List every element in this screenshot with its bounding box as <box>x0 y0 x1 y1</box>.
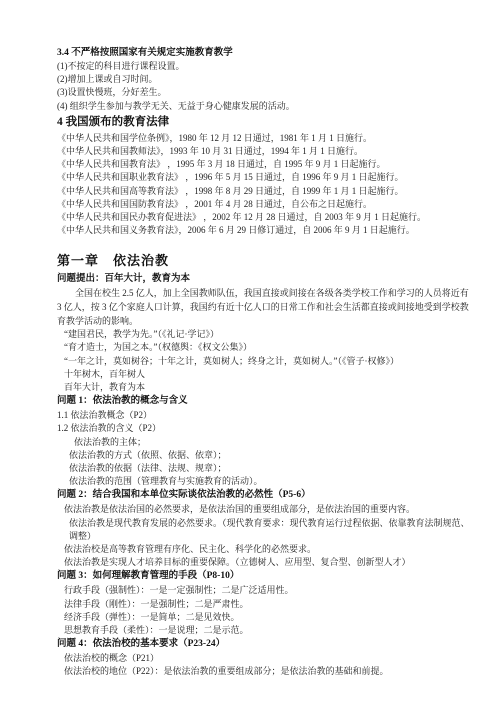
section-3-4-heading: 3.4 不严格按照国家有关规定实施教育教学 <box>57 46 474 60</box>
doc-line: 依法治教的方式（依照、依据、依章）； <box>57 449 474 462</box>
law-item: 《中华人民共和国国防教育法》 ，2001 年 4 月 28 日通过，自公布之日起… <box>57 198 474 211</box>
intro-paragraph: 全国在校生 2.5 亿人，加上全国教师队伍，我国直接或间接在各级各类学校工作和学… <box>57 287 474 328</box>
doc-line: 行政手段（强制性）：一是一定强制性；二是广泛适用性。 <box>57 584 474 597</box>
question-4-heading: 问题 4：依法治校的基本要求（P23-24） <box>57 637 474 652</box>
doc-line: 依法治校是高等教育管理有序化、民主化、科学化的必然要求。 <box>57 543 474 556</box>
doc-line: 依法治教是依法治国的必然要求，是依法治国的重要组成部分，是依法治国的重要内容。 <box>57 503 474 516</box>
doc-line: 思想教育手段（柔性）：一是说理；二是示范。 <box>57 624 474 637</box>
question-2-heading: 问题 2：结合我国和本单位实际谈依法治教的必然性（P5-6） <box>57 488 474 503</box>
list-item: (2)增加上课或自习时间。 <box>57 73 474 86</box>
quote-line: “育才造士，为国之本。”（权德舆：《权文公集》） <box>57 341 474 354</box>
doc-line: 法律手段（刚性）：一是强制性；二是严肃性。 <box>57 598 474 611</box>
doc-line: 1.2 依法治教的含义（P2） <box>57 422 474 435</box>
quote-line: “建国君民，教学为先。”（《礼记·学记》） <box>57 328 474 341</box>
law-item: 《中华人民共和国高等教育法》 ，1998 年 8 月 29 日通过，自 1999… <box>57 185 474 198</box>
document-page: 3.4 不严格按照国家有关规定实施教育教学 (1)不按定的科目进行课程设置。 (… <box>0 0 500 707</box>
question-1-heading: 问题 1：依法治教的概念与含义 <box>57 394 474 409</box>
doc-line: 依法治校的地位（P22）：是依法治教的重要组成部分；是依法治教的基础和前提。 <box>57 665 474 678</box>
list-item: (4) 组织学生参加与教学无关、无益于身心健康发展的活动。 <box>57 100 474 113</box>
list-item: (3)设置快慢班，分好差生。 <box>57 86 474 99</box>
doc-line: 1.1 依法治教概念（P2） <box>57 409 474 422</box>
doc-line: 依法治校的概念（P21） <box>57 652 474 665</box>
list-item: (1)不按定的科目进行课程设置。 <box>57 60 474 73</box>
law-item: 《中华人民共和国教育法》 ，1995 年 3 月 18 日通过，自 1995 年… <box>57 158 474 171</box>
doc-line: 依法治教是实现人才培养目标的重要保障。（立德树人、应用型、复合型、创新型人才） <box>57 556 474 569</box>
law-item: 《中华人民共和国教师法》，1993 年 10 月 31 日通过，1994 年 1… <box>57 145 474 158</box>
doc-line: 依法治教的范围（管理教育与实施教育的活动）。 <box>57 475 474 488</box>
law-item: 《中华人民共和国学位条例》，1980 年 12 月 12 日通过，1981 年 … <box>57 132 474 145</box>
law-item: 《中华人民共和国民办教育促进法》 ，2002 年 12 月 28 日通过，自 2… <box>57 211 474 224</box>
chapter-title: 第一章 依法治教 <box>57 250 474 272</box>
doc-line: 依法治教的主体； <box>57 436 474 449</box>
doc-line: 经济手段（弹性）：一是简单；二是见效快。 <box>57 611 474 624</box>
quote-line: 百年大计，教育为本 <box>57 381 474 394</box>
law-item: 《中华人民共和国职业教育法》 ，1996 年 5 月 15 日通过，自 1996… <box>57 171 474 184</box>
intro-heading: 问题提出：百年大计，教育为本 <box>57 272 474 287</box>
doc-line: 依法治教是现代教育发展的必然要求。（现代教育要求：现代教育运行过程依据、依靠教育… <box>57 517 474 543</box>
doc-line: 依法治教的依据（法律、法规、规章）； <box>57 462 474 475</box>
quote-line: “一年之计，莫如树谷；十年之计，莫如树人；终身之计，莫如树人。”（《管子·权修》… <box>57 355 474 368</box>
quote-line: 十年树木，百年树人 <box>57 368 474 381</box>
section-4-heading: 4 我国颁布的教育法律 <box>57 113 474 132</box>
law-item: 《中华人民共和国义务教育法》，2006 年 6 月 29 日修订通过，自 200… <box>57 224 474 237</box>
question-3-heading: 问题 3：如何理解教育管理的手段（P8-10） <box>57 569 474 584</box>
